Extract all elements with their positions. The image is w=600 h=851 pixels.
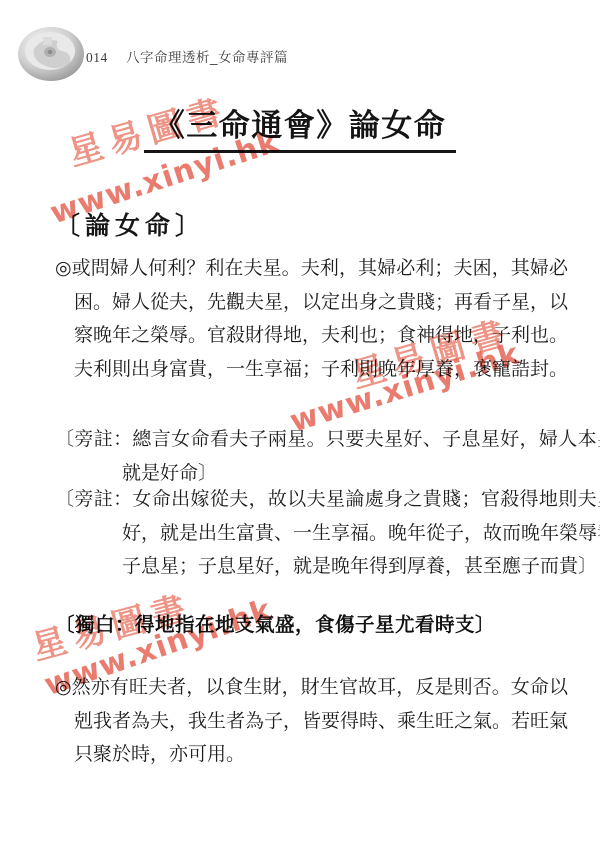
publisher-logo-icon	[16, 25, 86, 83]
paragraph-marker: ◎	[55, 677, 72, 698]
annotation-2: 〔旁註：女命出嫁從夫，故以夫星論處身之貴賤；官殺得地則夫星好，就是出生富貴、一生…	[55, 483, 600, 584]
page-number: 014	[86, 50, 108, 65]
paragraph-text: 然亦有旺夫者，以食生財，財生官故耳，反是則否。女命以剋我者為夫，我生者為子，皆要…	[72, 677, 568, 765]
paragraph-1: ◎或問婦人何利？利在夫星。夫利，其婦必利；夫困，其婦必困。婦人從夫，先觀夫星，以…	[55, 252, 568, 386]
book-title: 八字命理透析_女命專評篇	[126, 50, 288, 65]
paragraph-marker: ◎	[55, 258, 72, 279]
paragraph-2: ◎然亦有旺夫者，以食生財，財生官故耳，反是則否。女命以剋我者為夫，我生者為子，皆…	[55, 671, 568, 772]
page-title: 《三命通會》論女命	[144, 100, 457, 153]
annotation-1: 〔旁註：總言女命看夫子兩星。只要夫星好、子息星好，婦人本身就是好命〕	[55, 423, 600, 490]
header: 014 八字命理透析_女命專評篇	[86, 46, 288, 66]
title-row: 《三命通會》論女命	[0, 100, 600, 153]
book-page: 014 八字命理透析_女命專評篇 《三命通會》論女命 〔論女命〕 ◎或問婦人何利…	[0, 0, 600, 851]
monologue-note: 〔獨白：得地指在地支氣盛，食傷子星尤看時支〕	[55, 608, 549, 642]
section-heading: 〔論女命〕	[55, 206, 205, 242]
paragraph-text: 或問婦人何利？利在夫星。夫利，其婦必利；夫困，其婦必困。婦人從夫，先觀夫星，以定…	[72, 258, 568, 380]
